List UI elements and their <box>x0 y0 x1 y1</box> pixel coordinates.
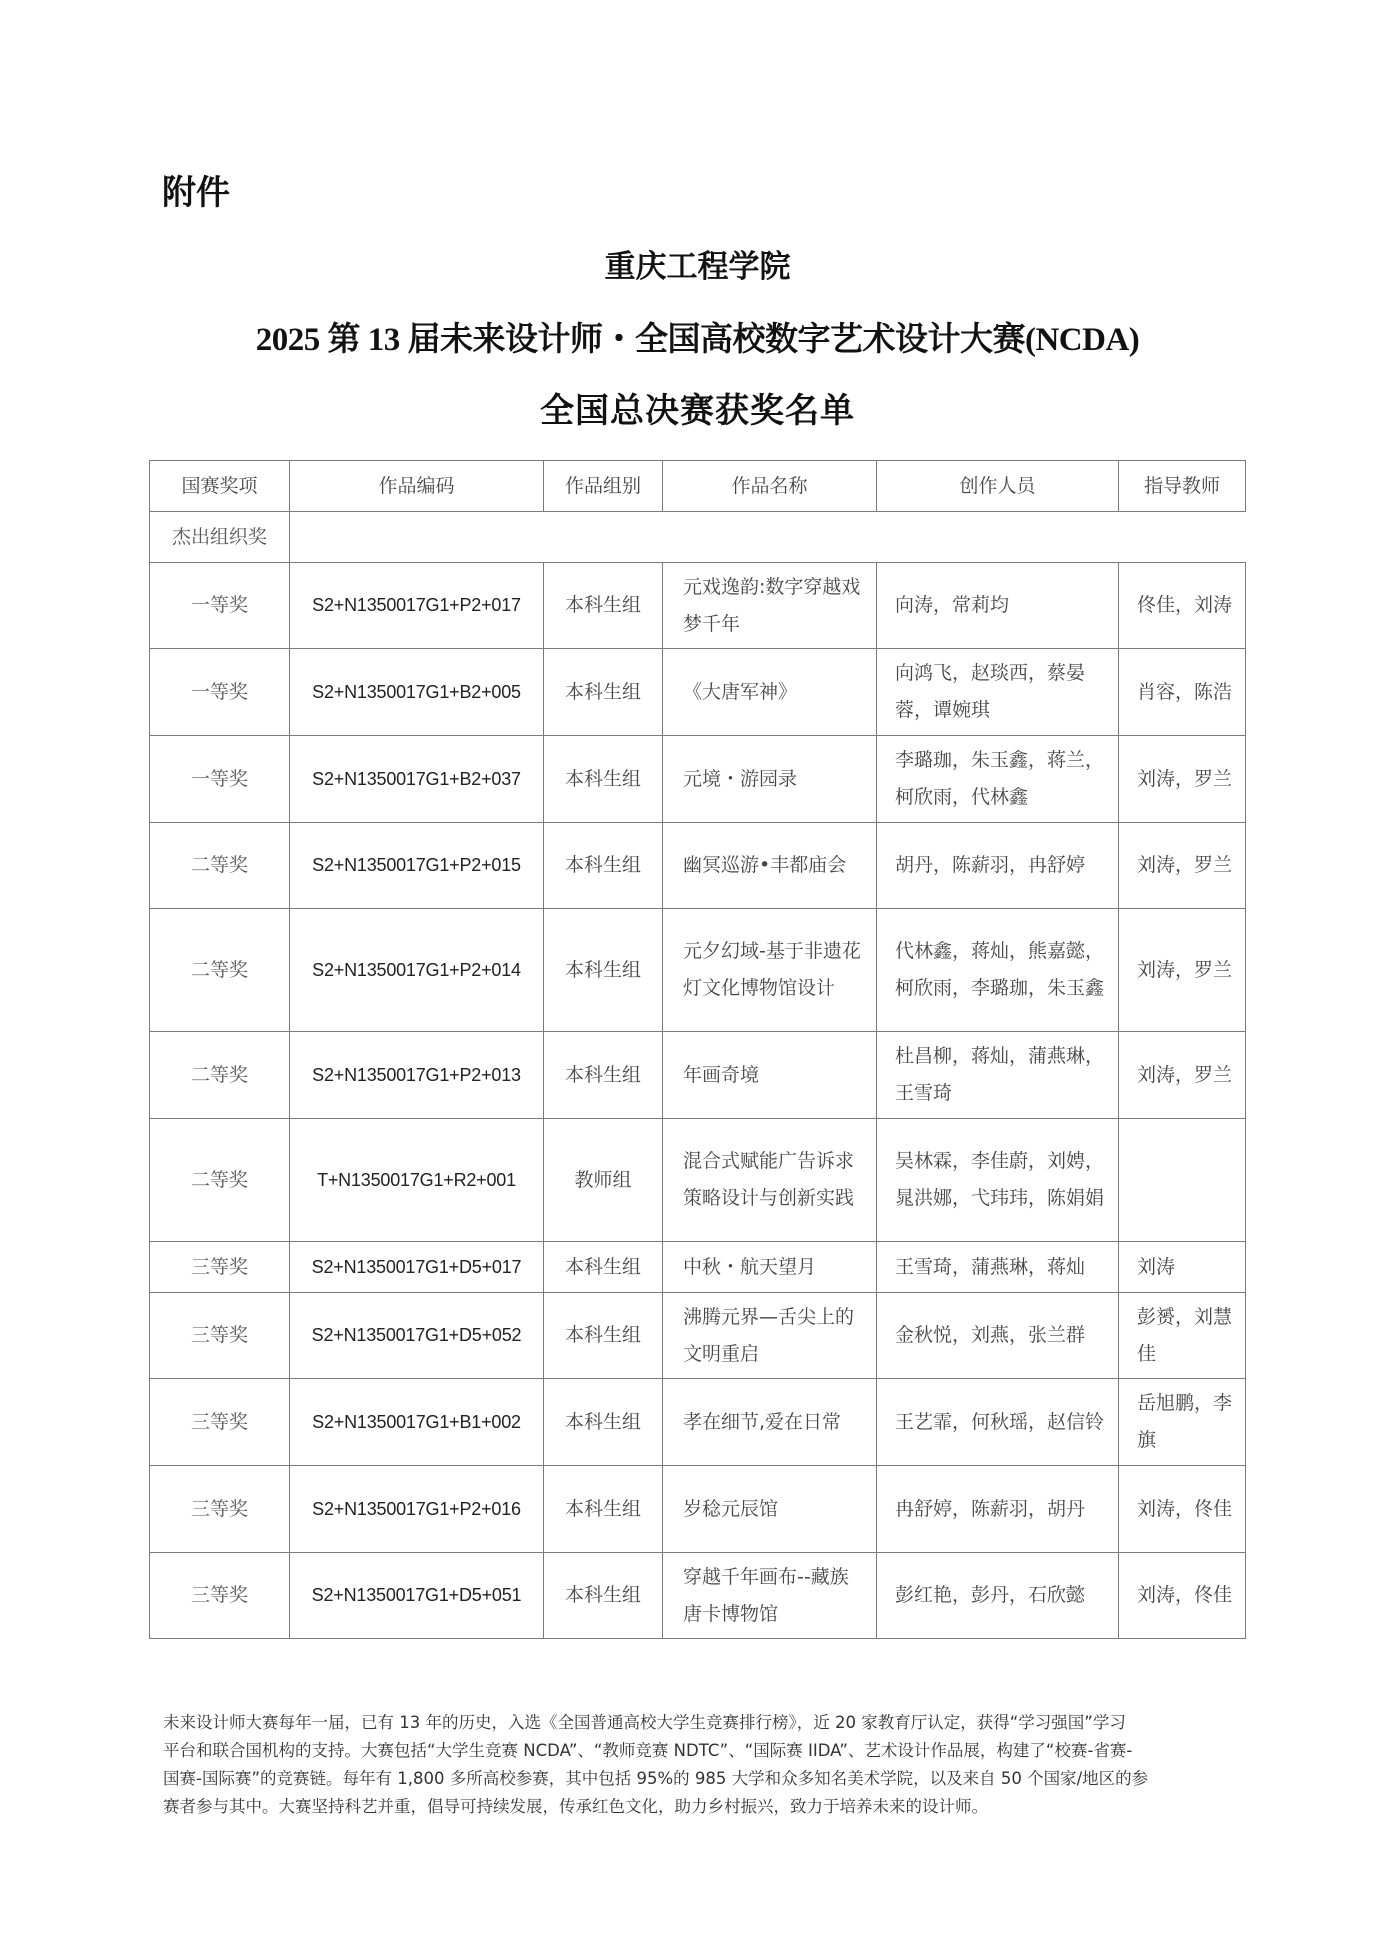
org-award-empty <box>290 512 1246 563</box>
creators-cell: 吴林霖，李佳蔚，刘娉，晁洪娜，弋玮玮，陈娟娟 <box>877 1119 1119 1242</box>
advisors-cell <box>1119 1119 1246 1242</box>
table-row: 一等奖S2+N1350017G1+B2+005本科生组《大唐军神》向鸿飞，赵琰西… <box>150 649 1246 736</box>
page-title-list: 全国总决赛获奖名单 <box>8 390 1379 434</box>
header-code: 作品编码 <box>290 461 544 512</box>
code-cell: S2+N1350017G1+B2+005 <box>290 649 544 736</box>
advisors-cell: 彭赟，刘慧佳 <box>1119 1293 1246 1379</box>
table-row: 三等奖S2+N1350017G1+P2+016本科生组岁稔元辰馆冉舒婷，陈薪羽，… <box>150 1466 1246 1553</box>
header-title: 作品名称 <box>663 461 877 512</box>
award-cell: 三等奖 <box>150 1553 290 1639</box>
creators-cell: 李璐珈，朱玉鑫，蒋兰，柯欣雨，代林鑫 <box>877 736 1119 823</box>
advisors-cell: 肖容，陈浩 <box>1119 649 1246 736</box>
title-cell: 元夕幻域-基于非遗花灯文化博物馆设计 <box>663 909 877 1032</box>
code-cell: S2+N1350017G1+P2+017 <box>290 563 544 649</box>
award-cell: 三等奖 <box>150 1466 290 1553</box>
table-row: 一等奖S2+N1350017G1+P2+017本科生组元戏逸韵:数字穿越戏梦千年… <box>150 563 1246 649</box>
table-row: 二等奖S2+N1350017G1+P2+015本科生组幽冥巡游•丰都庙会胡丹，陈… <box>150 823 1246 909</box>
group-cell: 本科生组 <box>544 1242 663 1293</box>
award-cell: 二等奖 <box>150 1119 290 1242</box>
creators-cell: 金秋悦，刘燕，张兰群 <box>877 1293 1119 1379</box>
award-cell: 二等奖 <box>150 823 290 909</box>
code-cell: S2+N1350017G1+P2+013 <box>290 1032 544 1119</box>
group-cell: 本科生组 <box>544 1293 663 1379</box>
title-cell: 元境・游园录 <box>663 736 877 823</box>
award-cell: 三等奖 <box>150 1293 290 1379</box>
table-row: 三等奖S2+N1350017G1+B1+002本科生组孝在细节,爱在日常王艺霏，… <box>150 1379 1246 1466</box>
title-cell: 混合式赋能广告诉求策略设计与创新实践 <box>663 1119 877 1242</box>
creators-cell: 向鸿飞，赵琰西，蔡晏蓉，谭婉琪 <box>877 649 1119 736</box>
header-group: 作品组别 <box>544 461 663 512</box>
code-cell: S2+N1350017G1+P2+014 <box>290 909 544 1032</box>
code-cell: S2+N1350017G1+P2+015 <box>290 823 544 909</box>
group-cell: 本科生组 <box>544 1553 663 1639</box>
title-cell: 《大唐军神》 <box>663 649 877 736</box>
award-cell: 二等奖 <box>150 1032 290 1119</box>
award-cell: 二等奖 <box>150 909 290 1032</box>
title-cell: 元戏逸韵:数字穿越戏梦千年 <box>663 563 877 649</box>
header-advisors: 指导教师 <box>1119 461 1246 512</box>
attachment-label: 附件 <box>162 170 230 216</box>
footer-line: 国赛-国际赛”的竞赛链。每年有 1,800 多所高校参赛，其中包括 95%的 9… <box>163 1765 1203 1793</box>
creators-cell: 彭红艳，彭丹，石欣懿 <box>877 1553 1119 1639</box>
code-cell: S2+N1350017G1+B2+037 <box>290 736 544 823</box>
org-award-row: 杰出组织奖 <box>150 512 1246 563</box>
group-cell: 本科生组 <box>544 563 663 649</box>
creators-cell: 王雪琦，蒲燕琳，蒋灿 <box>877 1242 1119 1293</box>
advisors-cell: 刘涛 <box>1119 1242 1246 1293</box>
table-row: 一等奖S2+N1350017G1+B2+037本科生组元境・游园录李璐珈，朱玉鑫… <box>150 736 1246 823</box>
award-cell: 一等奖 <box>150 649 290 736</box>
footer-note: 未来设计师大赛每年一届，已有 13 年的历史，入选《全国普通高校大学生竞赛排行榜… <box>163 1709 1203 1821</box>
advisors-cell: 刘涛，罗兰 <box>1119 909 1246 1032</box>
title-cell: 沸腾元界—舌尖上的文明重启 <box>663 1293 877 1379</box>
group-cell: 本科生组 <box>544 823 663 909</box>
title-cell: 穿越千年画布--藏族唐卡博物馆 <box>663 1553 877 1639</box>
creators-cell: 王艺霏，何秋瑶，赵信铃 <box>877 1379 1119 1466</box>
title-cell: 中秋・航天望月 <box>663 1242 877 1293</box>
group-cell: 本科生组 <box>544 1466 663 1553</box>
title-cell: 岁稔元辰馆 <box>663 1466 877 1553</box>
group-cell: 本科生组 <box>544 649 663 736</box>
table-row: 三等奖S2+N1350017G1+D5+017本科生组中秋・航天望月王雪琦，蒲燕… <box>150 1242 1246 1293</box>
creators-cell: 代林鑫，蒋灿，熊嘉懿，柯欣雨，李璐珈，朱玉鑫 <box>877 909 1119 1032</box>
table-row: 二等奖T+N1350017G1+R2+001教师组混合式赋能广告诉求策略设计与创… <box>150 1119 1246 1242</box>
code-cell: S2+N1350017G1+B1+002 <box>290 1379 544 1466</box>
advisors-cell: 岳旭鹏，李旗 <box>1119 1379 1246 1466</box>
footer-line: 未来设计师大赛每年一届，已有 13 年的历史，入选《全国普通高校大学生竞赛排行榜… <box>163 1709 1203 1737</box>
award-cell: 三等奖 <box>150 1242 290 1293</box>
title-cell: 孝在细节,爱在日常 <box>663 1379 877 1466</box>
award-cell: 一等奖 <box>150 736 290 823</box>
advisors-cell: 佟佳，刘涛 <box>1119 563 1246 649</box>
creators-cell: 向涛，常莉均 <box>877 563 1119 649</box>
code-cell: T+N1350017G1+R2+001 <box>290 1119 544 1242</box>
advisors-cell: 刘涛，佟佳 <box>1119 1553 1246 1639</box>
table-row: 二等奖S2+N1350017G1+P2+013本科生组年画奇境杜昌柳，蒋灿，蒲燕… <box>150 1032 1246 1119</box>
group-cell: 教师组 <box>544 1119 663 1242</box>
award-cell: 一等奖 <box>150 563 290 649</box>
code-cell: S2+N1350017G1+D5+017 <box>290 1242 544 1293</box>
page-title-school: 重庆工程学院 <box>8 246 1379 288</box>
table-row: 三等奖S2+N1350017G1+D5+052本科生组沸腾元界—舌尖上的文明重启… <box>150 1293 1246 1379</box>
footer-line: 赛者参与其中。大赛坚持科艺并重，倡导可持续发展，传承红色文化，助力乡村振兴，致力… <box>163 1793 1203 1821</box>
page-title-competition: 2025 第 13 届未来设计师・全国高校数字艺术设计大赛(NCDA) <box>8 318 1379 362</box>
creators-cell: 杜昌柳，蒋灿，蒲燕琳，王雪琦 <box>877 1032 1119 1119</box>
creators-cell: 冉舒婷，陈薪羽，胡丹 <box>877 1466 1119 1553</box>
table-row: 二等奖S2+N1350017G1+P2+014本科生组元夕幻域-基于非遗花灯文化… <box>150 909 1246 1032</box>
code-cell: S2+N1350017G1+D5+052 <box>290 1293 544 1379</box>
advisors-cell: 刘涛，罗兰 <box>1119 823 1246 909</box>
code-cell: S2+N1350017G1+D5+051 <box>290 1553 544 1639</box>
advisors-cell: 刘涛，罗兰 <box>1119 736 1246 823</box>
advisors-cell: 刘涛，佟佳 <box>1119 1466 1246 1553</box>
table-header-row: 国赛奖项 作品编码 作品组别 作品名称 创作人员 指导教师 <box>150 461 1246 512</box>
advisors-cell: 刘涛，罗兰 <box>1119 1032 1246 1119</box>
title-cell: 幽冥巡游•丰都庙会 <box>663 823 877 909</box>
code-cell: S2+N1350017G1+P2+016 <box>290 1466 544 1553</box>
header-award: 国赛奖项 <box>150 461 290 512</box>
award-cell: 三等奖 <box>150 1379 290 1466</box>
org-award-label: 杰出组织奖 <box>150 512 290 563</box>
group-cell: 本科生组 <box>544 909 663 1032</box>
table-row: 三等奖S2+N1350017G1+D5+051本科生组穿越千年画布--藏族唐卡博… <box>150 1553 1246 1639</box>
group-cell: 本科生组 <box>544 1032 663 1119</box>
awards-table: 国赛奖项 作品编码 作品组别 作品名称 创作人员 指导教师 杰出组织奖 一等奖S… <box>149 460 1246 1639</box>
creators-cell: 胡丹，陈薪羽，冉舒婷 <box>877 823 1119 909</box>
group-cell: 本科生组 <box>544 736 663 823</box>
group-cell: 本科生组 <box>544 1379 663 1466</box>
header-creators: 创作人员 <box>877 461 1119 512</box>
footer-line: 平台和联合国机构的支持。大赛包括“大学生竞赛 NCDA”、“教师竞赛 NDTC”… <box>163 1737 1203 1765</box>
title-cell: 年画奇境 <box>663 1032 877 1119</box>
